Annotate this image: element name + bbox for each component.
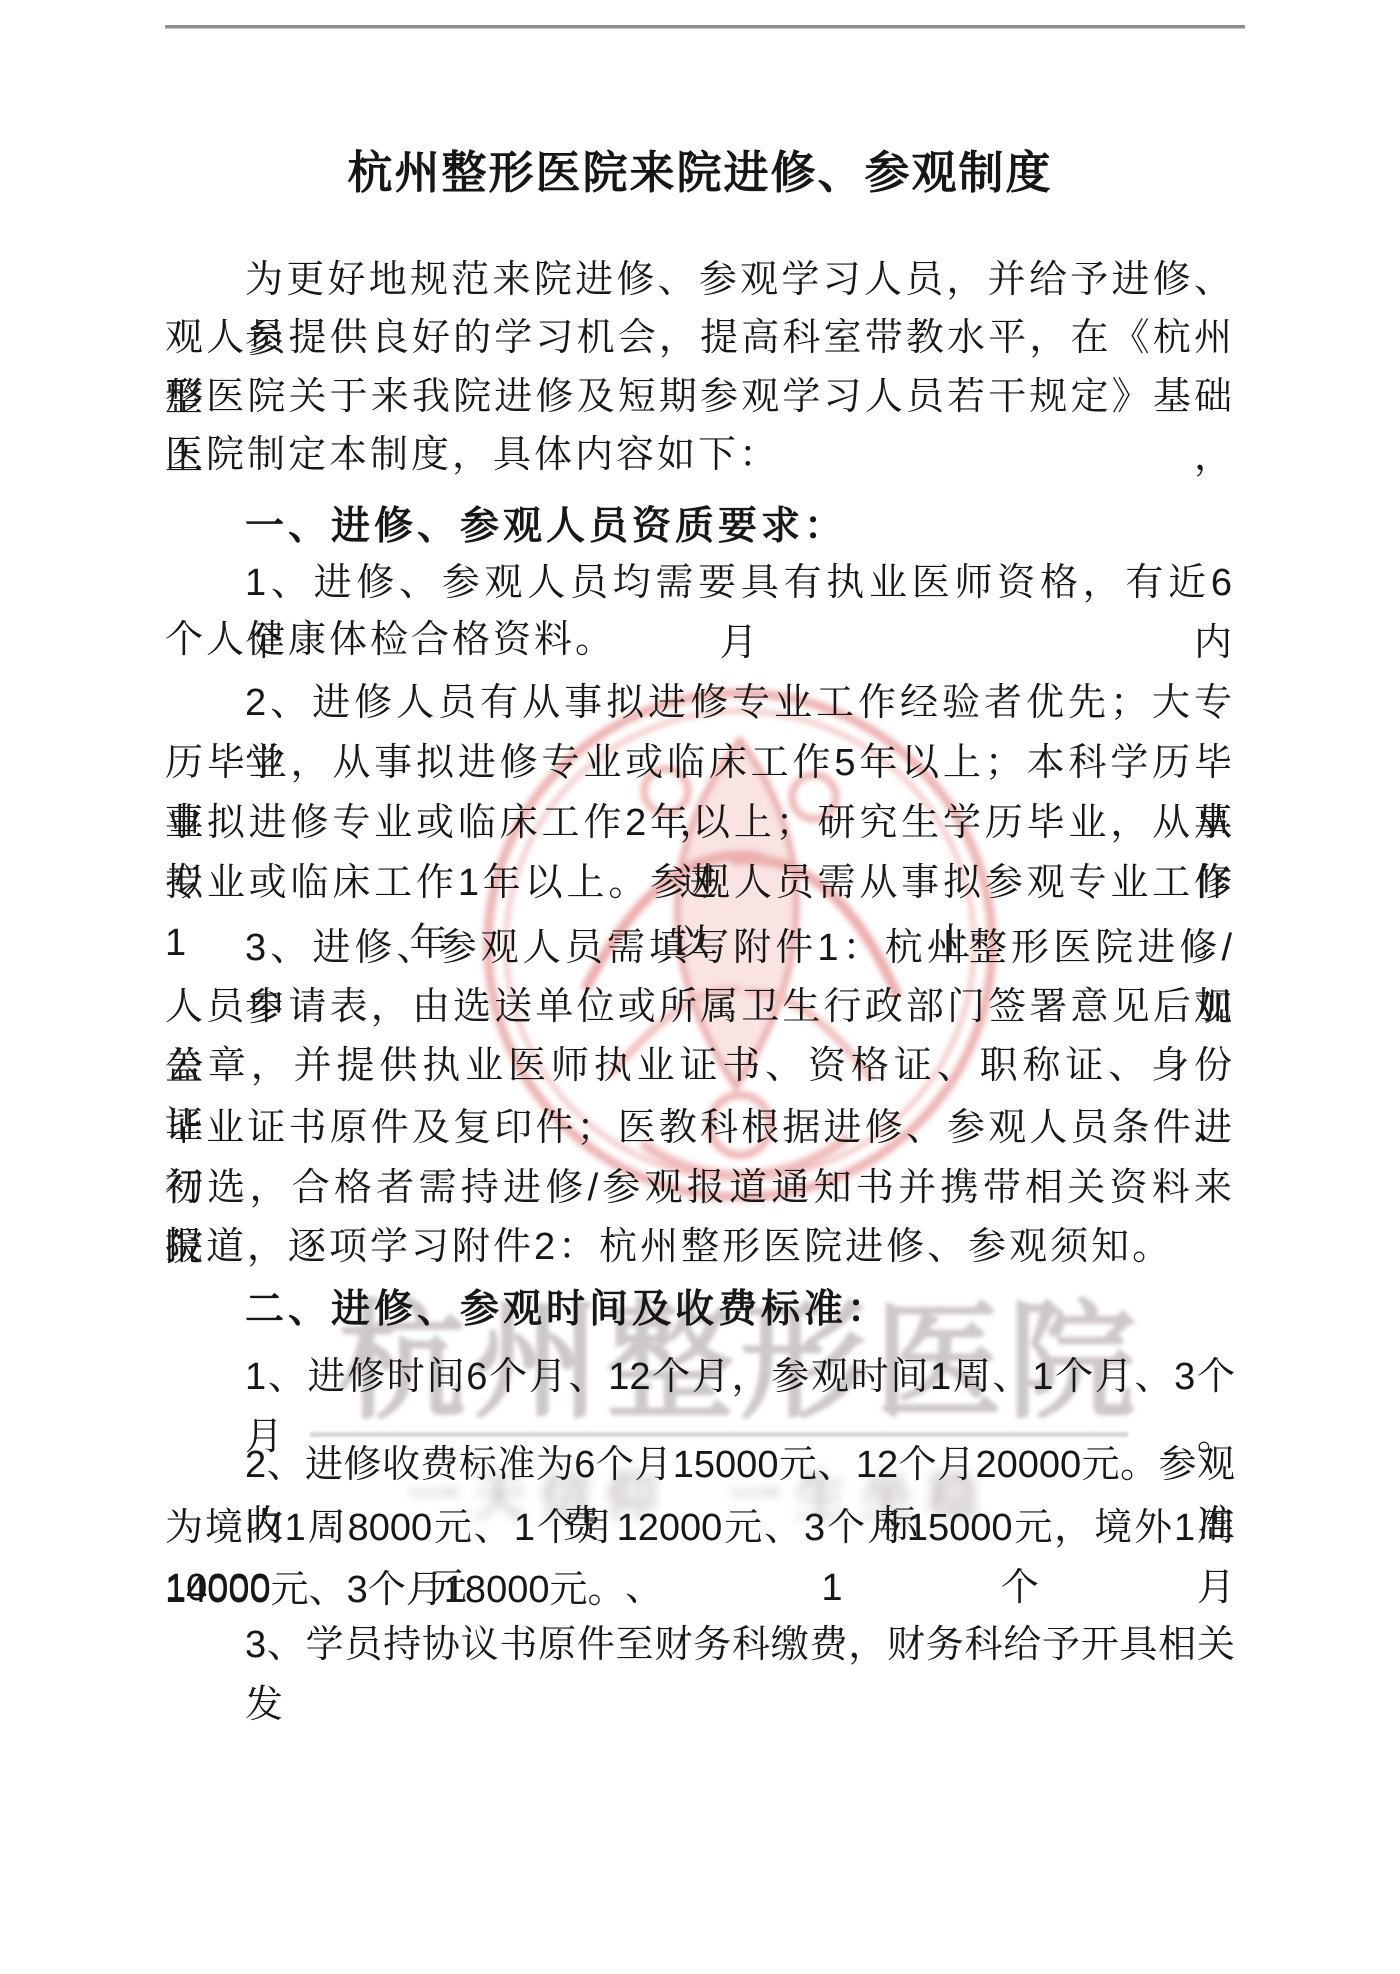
list-item-line: 报道，逐项学习附件2：杭州整形医院进修、参观须知。 <box>165 1217 1235 1277</box>
list-item-line: 2、进修人员有从事拟进修专业工作经验者优先；大专学 <box>165 673 1235 733</box>
page-title: 杭州整形医院来院进修、参观制度 <box>0 144 1400 202</box>
section-heading: 二、进修、参观时间及收费标准： <box>165 1280 1235 1340</box>
list-item-line: 专业或临床工作1年以上。参观人员需从事拟参观专业工作1年以上。 <box>165 853 1235 913</box>
document-content: 杭州整形医院来院进修、参观制度 为更好地规范来院进修、参观学习人员，并给予进修、… <box>0 0 1400 1974</box>
list-item-line: 3、进修、参观人员需填写附件1：杭州整形医院进修/参观 <box>165 918 1235 978</box>
list-item-line: 为境内1周8000元、1个月12000元、3个月15000元，境外1周10000… <box>165 1498 1235 1558</box>
paragraph-line: 医院制定本制度，具体内容如下： <box>165 425 1235 485</box>
paragraph-line: 为更好地规范来院进修、参观学习人员，并给予进修、参 <box>165 250 1235 310</box>
list-item-line: 14000元、3个月18000元。 <box>165 1560 1235 1620</box>
list-item-line: 事拟进修专业或临床工作2年以上；研究生学历毕业，从事拟进修 <box>165 793 1235 853</box>
list-item-line: 1、进修、参观人员均需要具有执业医师资格，有近6个月内 <box>165 553 1235 613</box>
list-item-line: 人员申请表，由选送单位或所属卫生行政部门签署意见后加盖 <box>165 977 1235 1037</box>
paragraph-line: 形医院关于来我院进修及短期参观学习人员若干规定》基础上， <box>165 367 1235 427</box>
section-heading: 一、进修、参观人员资质要求： <box>165 497 1235 557</box>
list-item-line: 个人健康体检合格资料。 <box>165 610 1235 670</box>
list-item-line: 3、学员持协议书原件至财务科缴费，财务科给予开具相关发 <box>165 1615 1235 1675</box>
list-item-line: 公章，并提供执业医师执业证书、资格证、职称证、身份证、 <box>165 1036 1235 1096</box>
list-item-line: 2、进修收费标准为6个月15000元、12个月20000元。参观收费标准 <box>165 1435 1235 1495</box>
list-item-line: 1、进修时间6个月、12个月，参观时间1周、1个月、3个月。 <box>165 1347 1235 1407</box>
header-divider <box>165 25 1245 29</box>
list-item-line: 历毕业，从事拟进修专业或临床工作5年以上；本科学历毕业，从 <box>165 733 1235 793</box>
paragraph-line: 观人员提供良好的学习机会，提高科室带教水平，在《杭州整 <box>165 308 1235 368</box>
list-item-line: 毕业证书原件及复印件；医教科根据进修、参观人员条件进行 <box>165 1098 1235 1158</box>
list-item-line: 初选，合格者需持进修/参观报道通知书并携带相关资料来院 <box>165 1158 1235 1218</box>
document-page: 杭州整形医院 一天信仰 一生坐稳 杭州整形医院来院进修、参观制度 为更好地规范来… <box>0 0 1400 1974</box>
